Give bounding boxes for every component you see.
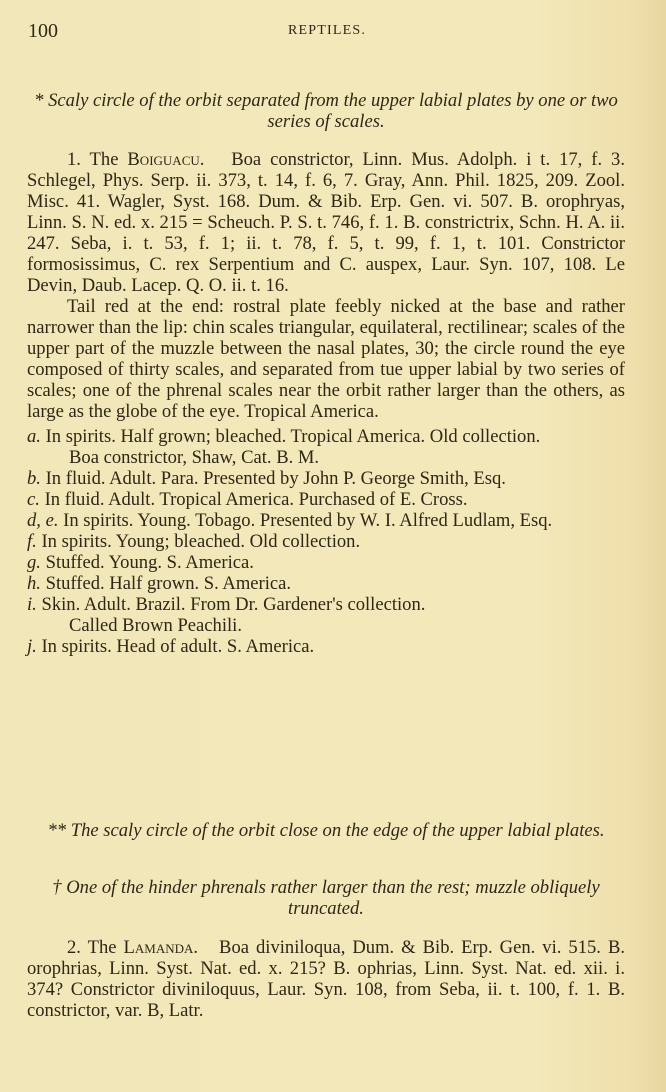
specimen-item: a. In spirits. Half grown; bleached. Tro… (27, 426, 625, 468)
synonymy-paragraph: 2. The Lamanda. Boa diviniloqua, Dum. & … (27, 937, 625, 1021)
synonymy-text: Boa constrictor, Linn. Mus. Adolph. i t.… (27, 149, 625, 296)
section-heading-scaly-circle-close: ** The scaly circle of the orbit close o… (27, 820, 625, 841)
synonymy-paragraph: 1. The Boiguacu. Boa constrictor, Linn. … (27, 149, 625, 296)
species-name: Boiguacu (127, 149, 199, 170)
specimen-item: c. In fluid. Adult. Tropical America. Pu… (27, 489, 625, 510)
specimen-item: d, e. In spirits. Young. Tobago. Present… (27, 510, 625, 531)
entry-number: 1. The (67, 149, 127, 170)
species-entry-boiguacu: 1. The Boiguacu. Boa constrictor, Linn. … (27, 149, 625, 657)
specimen-item: h. Stuffed. Half grown. S. America. (27, 573, 625, 594)
specimen-note: Boa constrictor, Shaw, Cat. B. M. (69, 447, 625, 468)
book-page: 100 REPTILES. * Scaly circle of the orbi… (0, 0, 666, 1092)
specimen-list: a. In spirits. Half grown; bleached. Tro… (27, 426, 625, 657)
section-heading-scaly-circle-separated: * Scaly circle of the orbit separated fr… (27, 90, 625, 132)
running-head: 100 REPTILES. (28, 20, 626, 44)
specimen-item: j. In spirits. Head of adult. S. America… (27, 636, 625, 657)
specimen-item: f. In spirits. Young; bleached. Old coll… (27, 531, 625, 552)
description-paragraph: Tail red at the end: rostral plate feebl… (27, 296, 625, 422)
specimen-item: b. In fluid. Adult. Para. Presented by J… (27, 468, 625, 489)
specimen-item: g. Stuffed. Young. S. America. (27, 552, 625, 573)
specimen-item: i. Skin. Adult. Brazil. From Dr. Gardene… (27, 594, 625, 636)
entry-number: 2. The (67, 937, 124, 958)
subsection-heading-phrenals: † One of the hinder phrenals rather larg… (27, 877, 625, 919)
species-name: Lamanda (124, 937, 194, 958)
species-entry-lamanda: 2. The Lamanda. Boa diviniloqua, Dum. & … (27, 937, 625, 1021)
specimen-note: Called Brown Peachili. (69, 615, 625, 636)
running-title: REPTILES. (28, 23, 626, 39)
